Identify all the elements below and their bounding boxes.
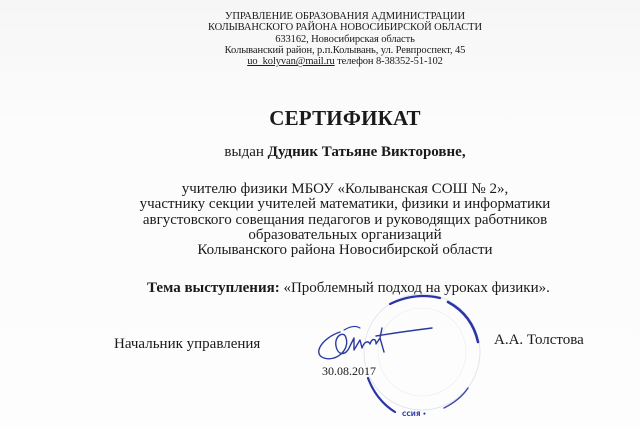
email-link[interactable]: uo_kolyvan@mail.ru xyxy=(247,56,334,67)
recipient-name: Дудник Татьяне Викторовне, xyxy=(268,144,466,160)
certificate-body: учителю физики МБОУ «Колыванская СОШ № 2… xyxy=(100,182,590,258)
issued-prefix: выдан xyxy=(224,144,267,160)
header-line-address: Колыванский район, р.п.Колывань, ул. Рев… xyxy=(195,45,495,56)
issuer-header: УПРАВЛЕНИЕ ОБРАЗОВАНИЯ АДМИНИСТРАЦИИ КОЛ… xyxy=(195,11,495,67)
header-line-postal: 633162, Новосибирская область xyxy=(195,34,495,45)
signer-position: Начальник управления xyxy=(114,336,260,353)
body-line-meeting: августовского совещания педагогов и руко… xyxy=(100,213,590,228)
body-line-position: учителю физики МБОУ «Колыванская СОШ № 2… xyxy=(100,182,590,197)
header-line-organization: УПРАВЛЕНИЕ ОБРАЗОВАНИЯ АДМИНИСТРАЦИИ xyxy=(195,11,495,22)
body-line-district: Колыванского района Новосибирской област… xyxy=(100,243,590,258)
certificate-title: СЕРТИФИКАТ xyxy=(0,106,640,131)
signature-icon xyxy=(310,316,440,366)
phone-text: телефон 8-38352-51-102 xyxy=(335,56,443,67)
stamp-text: ССИЯ • xyxy=(402,411,426,418)
header-line-contacts: uo_kolyvan@mail.ru телефон 8-38352-51-10… xyxy=(195,56,495,67)
issued-to: выдан Дудник Татьяне Викторовне, xyxy=(0,144,640,161)
certificate-page: УПРАВЛЕНИЕ ОБРАЗОВАНИЯ АДМИНИСТРАЦИИ КОЛ… xyxy=(0,0,640,428)
topic-label: Тема выступления: xyxy=(147,280,280,296)
issue-date: 30.08.2017 xyxy=(322,364,376,379)
header-line-region: КОЛЫВАНСКОГО РАЙОНА НОВОСИБИРСКОЙ ОБЛАСТ… xyxy=(195,22,495,33)
body-line-section: участнику секции учителей математики, фи… xyxy=(100,197,590,212)
signer-name: А.А. Толстова xyxy=(494,332,584,349)
body-line-organizations: образовательных организаций xyxy=(100,228,590,243)
